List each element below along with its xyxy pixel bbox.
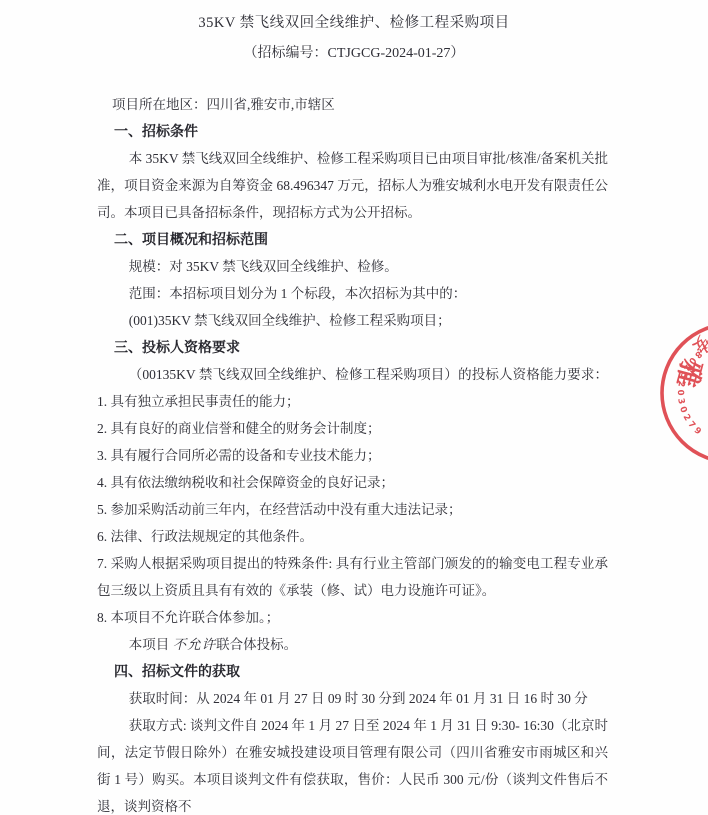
paragraph-lot-001: (001)35KV 禁飞线双回全线维护、检修工程采购项目； — [97, 307, 608, 334]
paragraph-obtain-method: 获取方式: 谈判文件自 2024 年 1 月 27 日至 2024 年 1 月 … — [97, 712, 608, 815]
seal-character-partial: 安 — [689, 333, 708, 356]
paragraph-qualification-item-5: 5. 参加采购活动前三年内，在经营活动中没有重大违法记录； — [97, 496, 608, 523]
section-3-heading: 三、投标人资格要求 — [97, 334, 608, 361]
section-1-heading: 一、招标条件 — [97, 118, 608, 145]
paragraph-scope: 范围：本招标项目划分为 1 个标段，本次招标为其中的： — [97, 280, 608, 307]
no-consortium-prefix: 本项目 — [129, 637, 173, 652]
section-2-heading: 二、项目概况和招标范围 — [97, 226, 608, 253]
page-title: 35KV 禁飞线双回全线维护、检修工程采购项目 — [0, 13, 708, 33]
document-body: 项目所在地区：四川省,雅安市,市辖区 一、招标条件 本 35KV 禁飞线双回全线… — [97, 91, 608, 815]
tender-number: （招标编号：CTJGCG-2024-01-27） — [0, 44, 708, 64]
paragraph-qualification-item-2: 2. 具有良好的商业信誉和健全的财务会计制度； — [97, 415, 608, 442]
seal-ring — [662, 324, 708, 462]
official-seal: 51180252030279 雅 安 — [600, 290, 708, 510]
paragraph-scale: 规模：对 35KV 禁飞线双回全线维护、检修。 — [97, 253, 608, 280]
paragraph-qualification-item-3: 3. 具有履行合同所必需的设备和专业技术能力； — [97, 442, 608, 469]
no-consortium-suffix: 联合体投标。 — [216, 637, 297, 652]
paragraph-obtain-time: 获取时间：从 2024 年 01 月 27 日 09 时 30 分到 2024 … — [97, 685, 608, 712]
paragraph-qualification-item-7: 7. 采购人根据采购项目提出的特殊条件: 具有行业主管部门颁发的的输变电工程专业… — [97, 550, 608, 604]
document-page: 35KV 禁飞线双回全线维护、检修工程采购项目 （招标编号：CTJGCG-202… — [0, 0, 708, 815]
paragraph-qualification-item-8: 8. 本项目不允许联合体参加。； — [97, 604, 608, 631]
paragraph-no-consortium: 本项目 不允许联合体投标。 — [97, 631, 608, 658]
no-consortium-emphasis: 不允许 — [173, 637, 217, 652]
location-line: 项目所在地区：四川省,雅安市,市辖区 — [112, 91, 608, 118]
seal-character-main: 雅 — [670, 356, 708, 390]
paragraph-qualification-item-4: 4. 具有依法缴纳税收和社会保障资金的良好记录； — [97, 469, 608, 496]
paragraph-qualification-intro: （00135KV 禁飞线双回全线维护、检修工程采购项目）的投标人资格能力要求：1… — [97, 361, 608, 415]
seal-code: 51180252030279 — [675, 337, 708, 439]
paragraph-bidding-conditions: 本 35KV 禁飞线双回全线维护、检修工程采购项目已由项目审批/核准/备案机关批… — [97, 145, 608, 226]
section-4-heading: 四、招标文件的获取 — [97, 658, 608, 685]
paragraph-qualification-item-6: 6. 法律、行政法规规定的其他条件。 — [97, 523, 608, 550]
